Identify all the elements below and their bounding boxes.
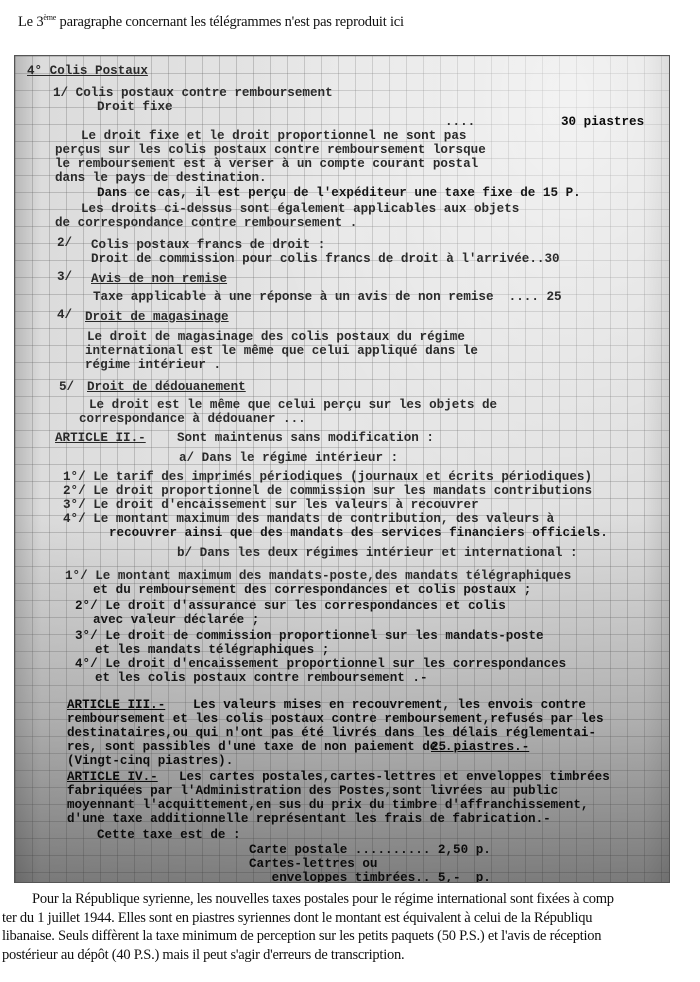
intro-caption: Le 3ème paragraphe concernant les télégr… (18, 13, 404, 31)
item1-para1-line: perçus sur les colis postaux contre remb… (55, 143, 486, 158)
article-4-tax-row: enveloppes timbrées.. 5,- p. (249, 871, 491, 883)
article-3-line: remboursement et les colis postaux contr… (67, 712, 604, 727)
footer-line: Pour la République syrienne, les nouvell… (32, 890, 614, 909)
article-2-a-item: 3°/ Le droit d'encaissement sur les vale… (63, 498, 479, 513)
item5-number: 5/ (59, 380, 74, 395)
article-4-tax-intro: Cette taxe est de : (97, 828, 241, 843)
caption-superscript: ème (43, 13, 56, 22)
article-2-a-item: 2°/ Le droit proportionnel de commission… (63, 484, 592, 499)
section-heading-colis-postaux: 4° Colis Postaux (27, 64, 148, 79)
footer-line: postérieur au dépôt (40 P.S.) mais il pe… (2, 946, 404, 965)
article-2-b-item-cont: et les mandats télégraphiques ; (95, 643, 329, 658)
caption-text-rest: paragraphe concernant les télégrammes n'… (56, 14, 404, 30)
item1-para1-line: le remboursement est à verser à un compt… (55, 157, 478, 172)
item5-title: Droit de dédouanement (87, 380, 246, 395)
typewritten-text: 4° Colis Postaux 1/ Colis postaux contre… (15, 56, 669, 882)
article-3-amount: 25 piastres.- (431, 740, 529, 755)
item3-title: Avis de non remise (91, 272, 227, 287)
item1-title: 1/ Colis postaux contre remboursement (53, 86, 333, 101)
article-2-a-item: 1°/ Le tarif des imprimés périodiques (j… (63, 470, 592, 485)
item1-amount: 30 piastres (561, 115, 644, 130)
item1-subtitle: Droit fixe (97, 100, 173, 115)
article-4-tax-row: Cartes-lettres ou (249, 857, 377, 872)
item1-para1-line: dans le pays de destination. (55, 171, 267, 186)
item1-para3-line: Les droits ci-dessus sont également appl… (81, 202, 519, 217)
article-4-line: moyennant l'acquittement,en sus du prix … (67, 798, 588, 813)
footer-line: libanaise. Seuls diffèrent la taxe minim… (2, 927, 601, 946)
article-2-b-item: 2°/ Le droit d'assurance sur les corresp… (75, 599, 506, 614)
item2-number: 2/ (57, 236, 72, 251)
scanned-typewritten-page: 4° Colis Postaux 1/ Colis postaux contre… (14, 55, 670, 883)
article-3-line: Les valeurs mises en recouvrement, les e… (193, 698, 586, 713)
article-3-amount-words: (Vingt-cinq piastres). (67, 754, 233, 769)
item4-text-line: régime intérieur . (85, 358, 221, 373)
article-4-line: fabriquées par l'Administration des Post… (67, 784, 558, 799)
article-3-line: destinataires,ou qui n'ont pas été livré… (67, 726, 596, 741)
article-4-line: Les cartes postales,cartes-lettres et en… (179, 770, 610, 785)
article-2-a-item: 4°/ Le montant maximum des mandats de co… (63, 512, 554, 527)
article-2-intro: Sont maintenus sans modification : (177, 431, 434, 446)
caption-text: Le 3 (18, 14, 43, 30)
article-3-line: res, sont passibles d'une taxe de non pa… (67, 740, 460, 755)
item3-number: 3/ (57, 270, 72, 285)
article-2-b-item-cont: et du remboursement des correspondances … (93, 583, 531, 598)
item1-para1-line: Le droit fixe et le droit proportionnel … (81, 129, 466, 144)
item1-dots: .... (445, 115, 475, 130)
item5-text-line: Le droit est le même que celui perçu sur… (89, 398, 497, 413)
article-2-b-item-cont: avec valeur déclarée ; (93, 613, 259, 628)
item2-title: Colis postaux francs de droit : (91, 238, 325, 253)
article-2-b-item: 4°/ Le droit d'encaissement proportionne… (75, 657, 566, 672)
item4-text-line: Le droit de magasinage des colis postaux… (87, 330, 465, 345)
article-2-sub-b-title: b/ Dans les deux régimes intérieur et in… (177, 546, 578, 561)
article-4-tax-row: Carte postale .......... 2,50 p. (249, 843, 491, 858)
item3-text: Taxe applicable à une réponse à un avis … (93, 290, 562, 305)
article-4-line: d'une taxe additionnelle représentant le… (67, 812, 551, 827)
article-3-label: ARTICLE III.- (67, 698, 165, 713)
item4-text-line: international est le même que celui appl… (85, 344, 478, 359)
item2-text: Droit de commission pour colis francs de… (91, 252, 560, 267)
article-2-label: ARTICLE II.- (55, 431, 146, 446)
article-2-sub-a-title: a/ Dans le régime intérieur : (179, 451, 398, 466)
item4-title: Droit de magasinage (85, 310, 229, 325)
article-4-label: ARTICLE IV.- (67, 770, 158, 785)
footer-line: ter du 1 juillet 1944. Elles sont en pia… (2, 909, 592, 928)
article-2-b-item-cont: et les colis postaux contre remboursemen… (95, 671, 428, 686)
article-2-b-item: 1°/ Le montant maximum des mandats-poste… (65, 569, 571, 584)
item4-number: 4/ (57, 308, 72, 323)
article-2-b-item: 3°/ Le droit de commission proportionnel… (75, 629, 544, 644)
item5-text-line: correspondance à dédouaner ... (79, 412, 306, 427)
item1-para2: Dans ce cas, il est perçu de l'expéditeu… (97, 186, 581, 201)
item1-para3-line: de correspondance contre remboursement . (55, 216, 357, 231)
article-2-a-item-cont: recouvrer ainsi que des mandats des serv… (109, 526, 608, 541)
